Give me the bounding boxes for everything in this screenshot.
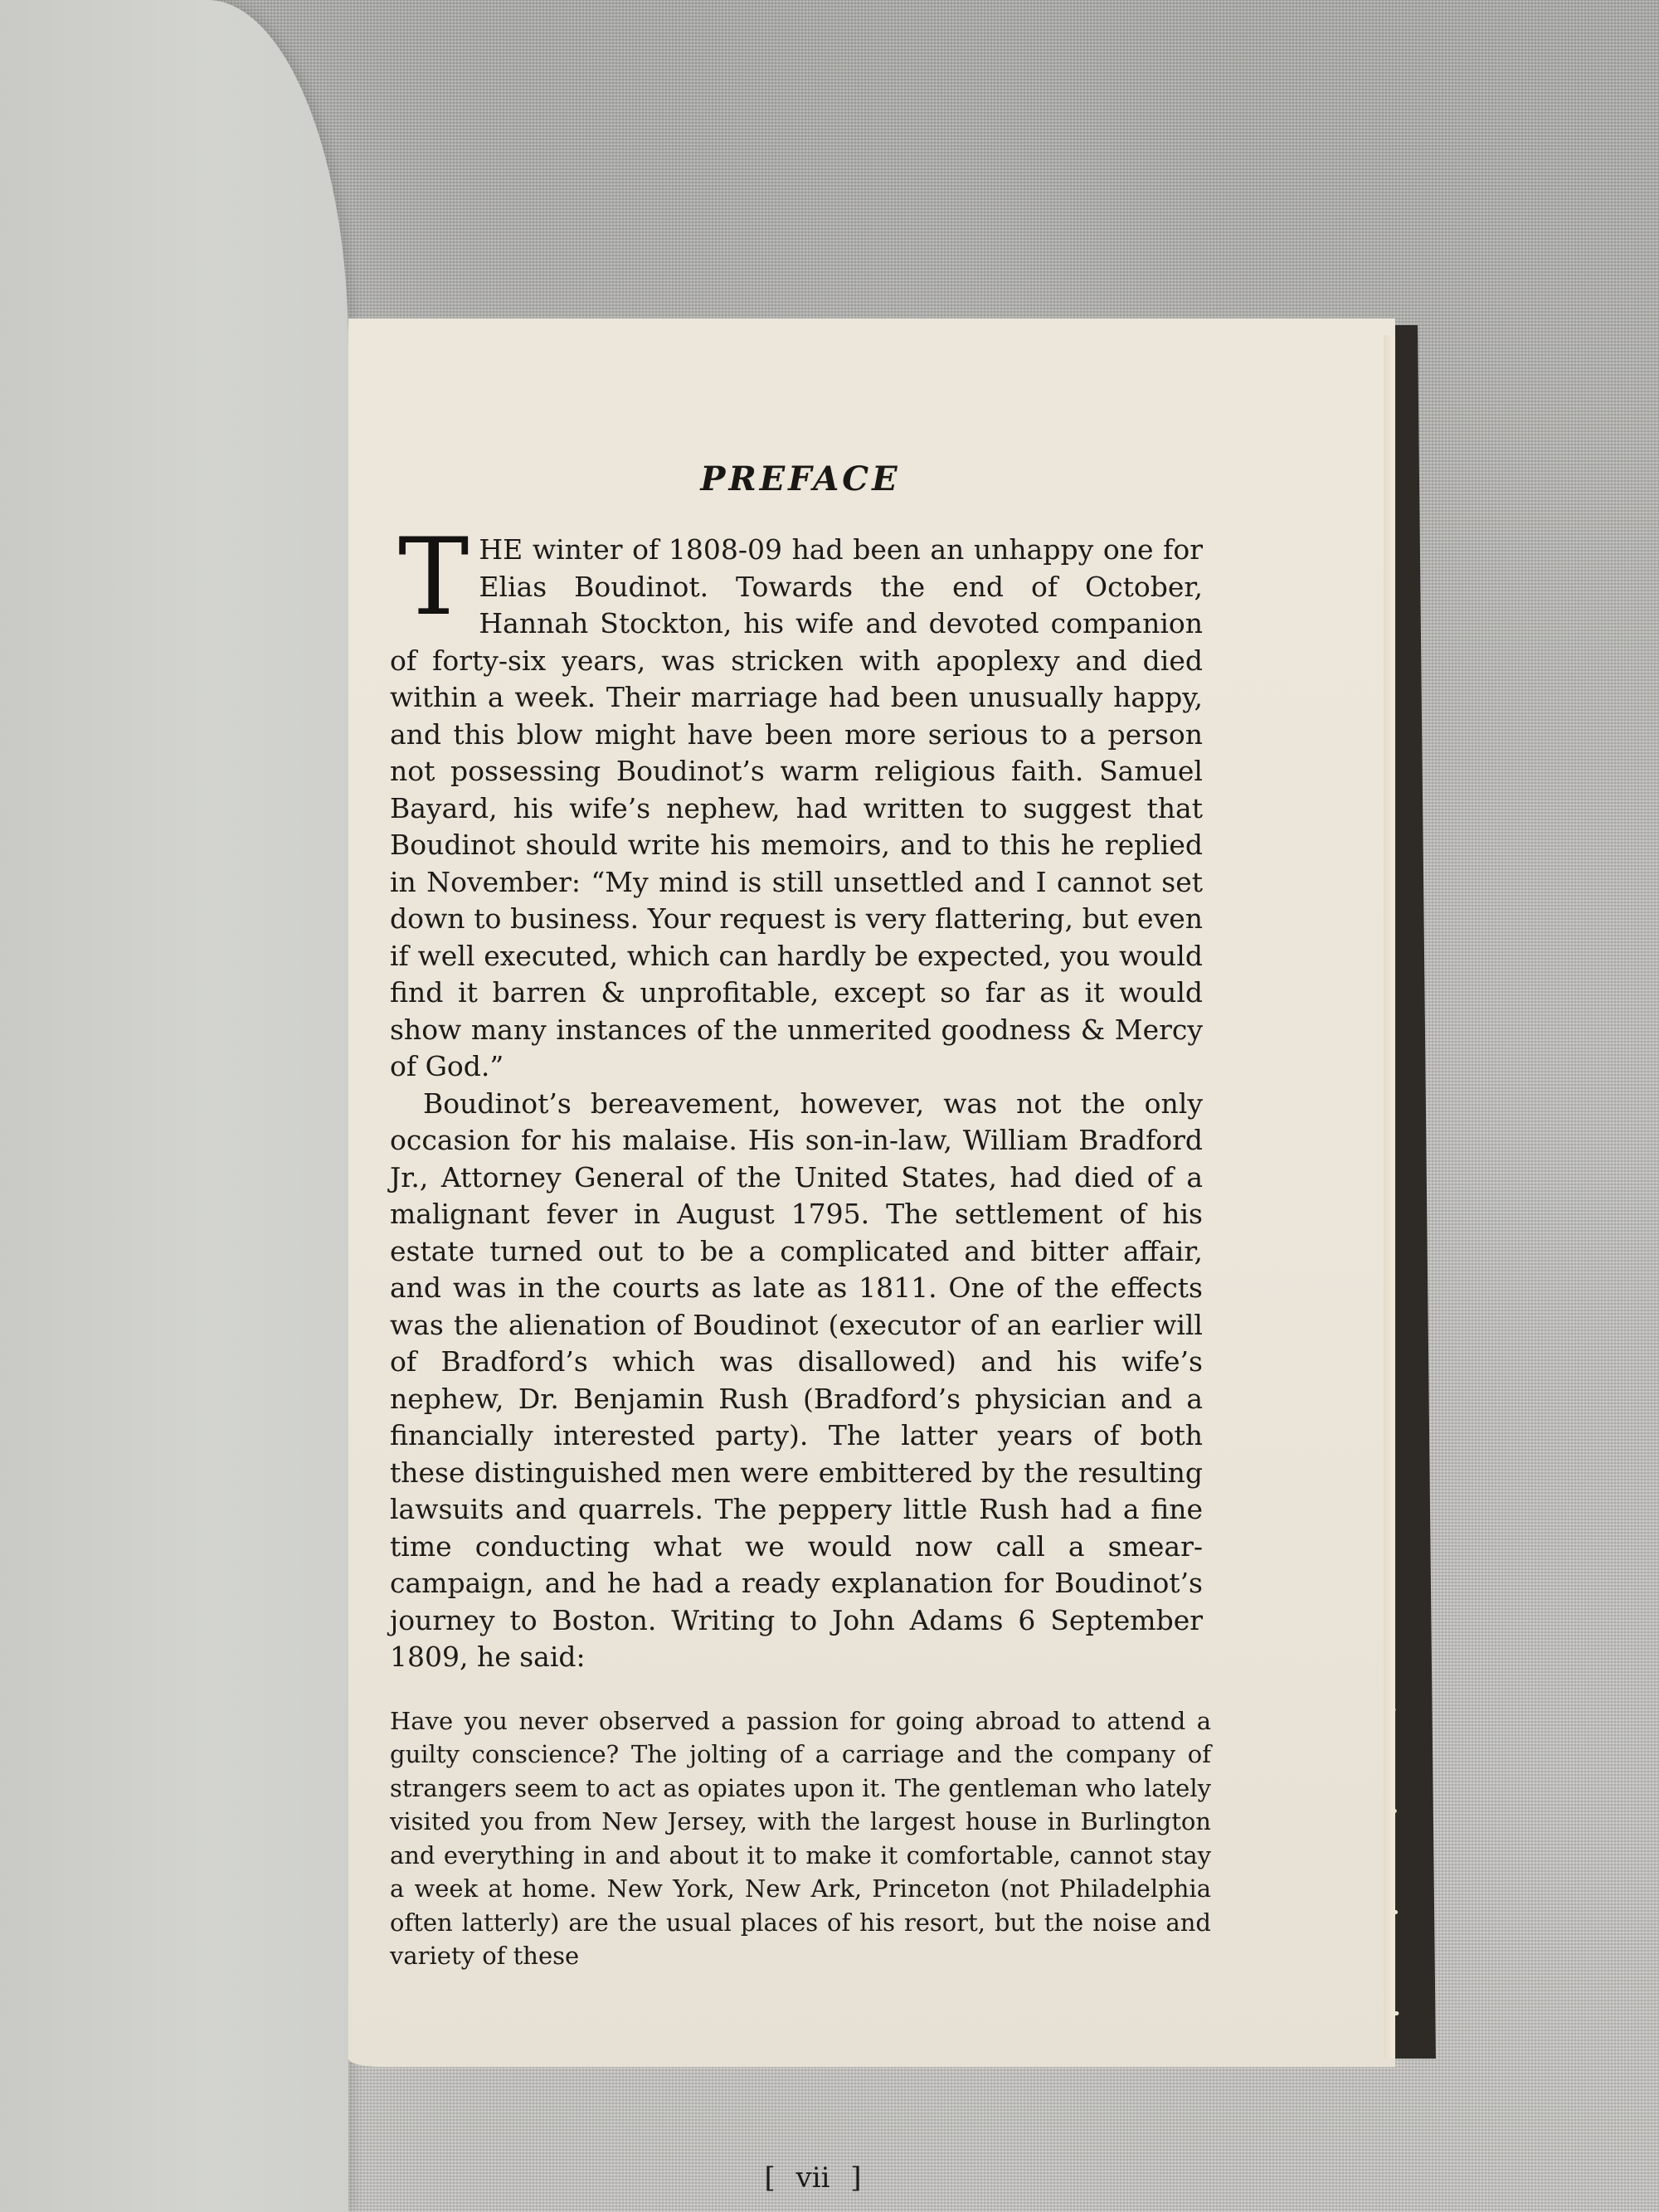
paragraph-1-text: winter of 1808-09 had been an unhappy on… <box>390 533 1203 1082</box>
page-content: PREFACE THE winter of 1808-09 had been a… <box>390 459 1203 1973</box>
book-page: PREFACE THE winter of 1808-09 had been a… <box>348 318 1395 2067</box>
paragraph-1: THE winter of 1808-09 had been an unhapp… <box>390 532 1203 1086</box>
paragraph-2: Boudinot’s bereavement, however, was not… <box>390 1086 1203 1676</box>
small-caps-lead: HE <box>479 533 523 566</box>
page-title: PREFACE <box>390 459 1203 498</box>
page-number: [ vii ] <box>348 2161 1277 2195</box>
drop-cap: T <box>398 537 469 620</box>
page-edge <box>1384 335 1395 2059</box>
left-page-facing <box>0 0 348 2212</box>
block-quote: Have you never observed a passion for go… <box>390 1704 1211 1973</box>
